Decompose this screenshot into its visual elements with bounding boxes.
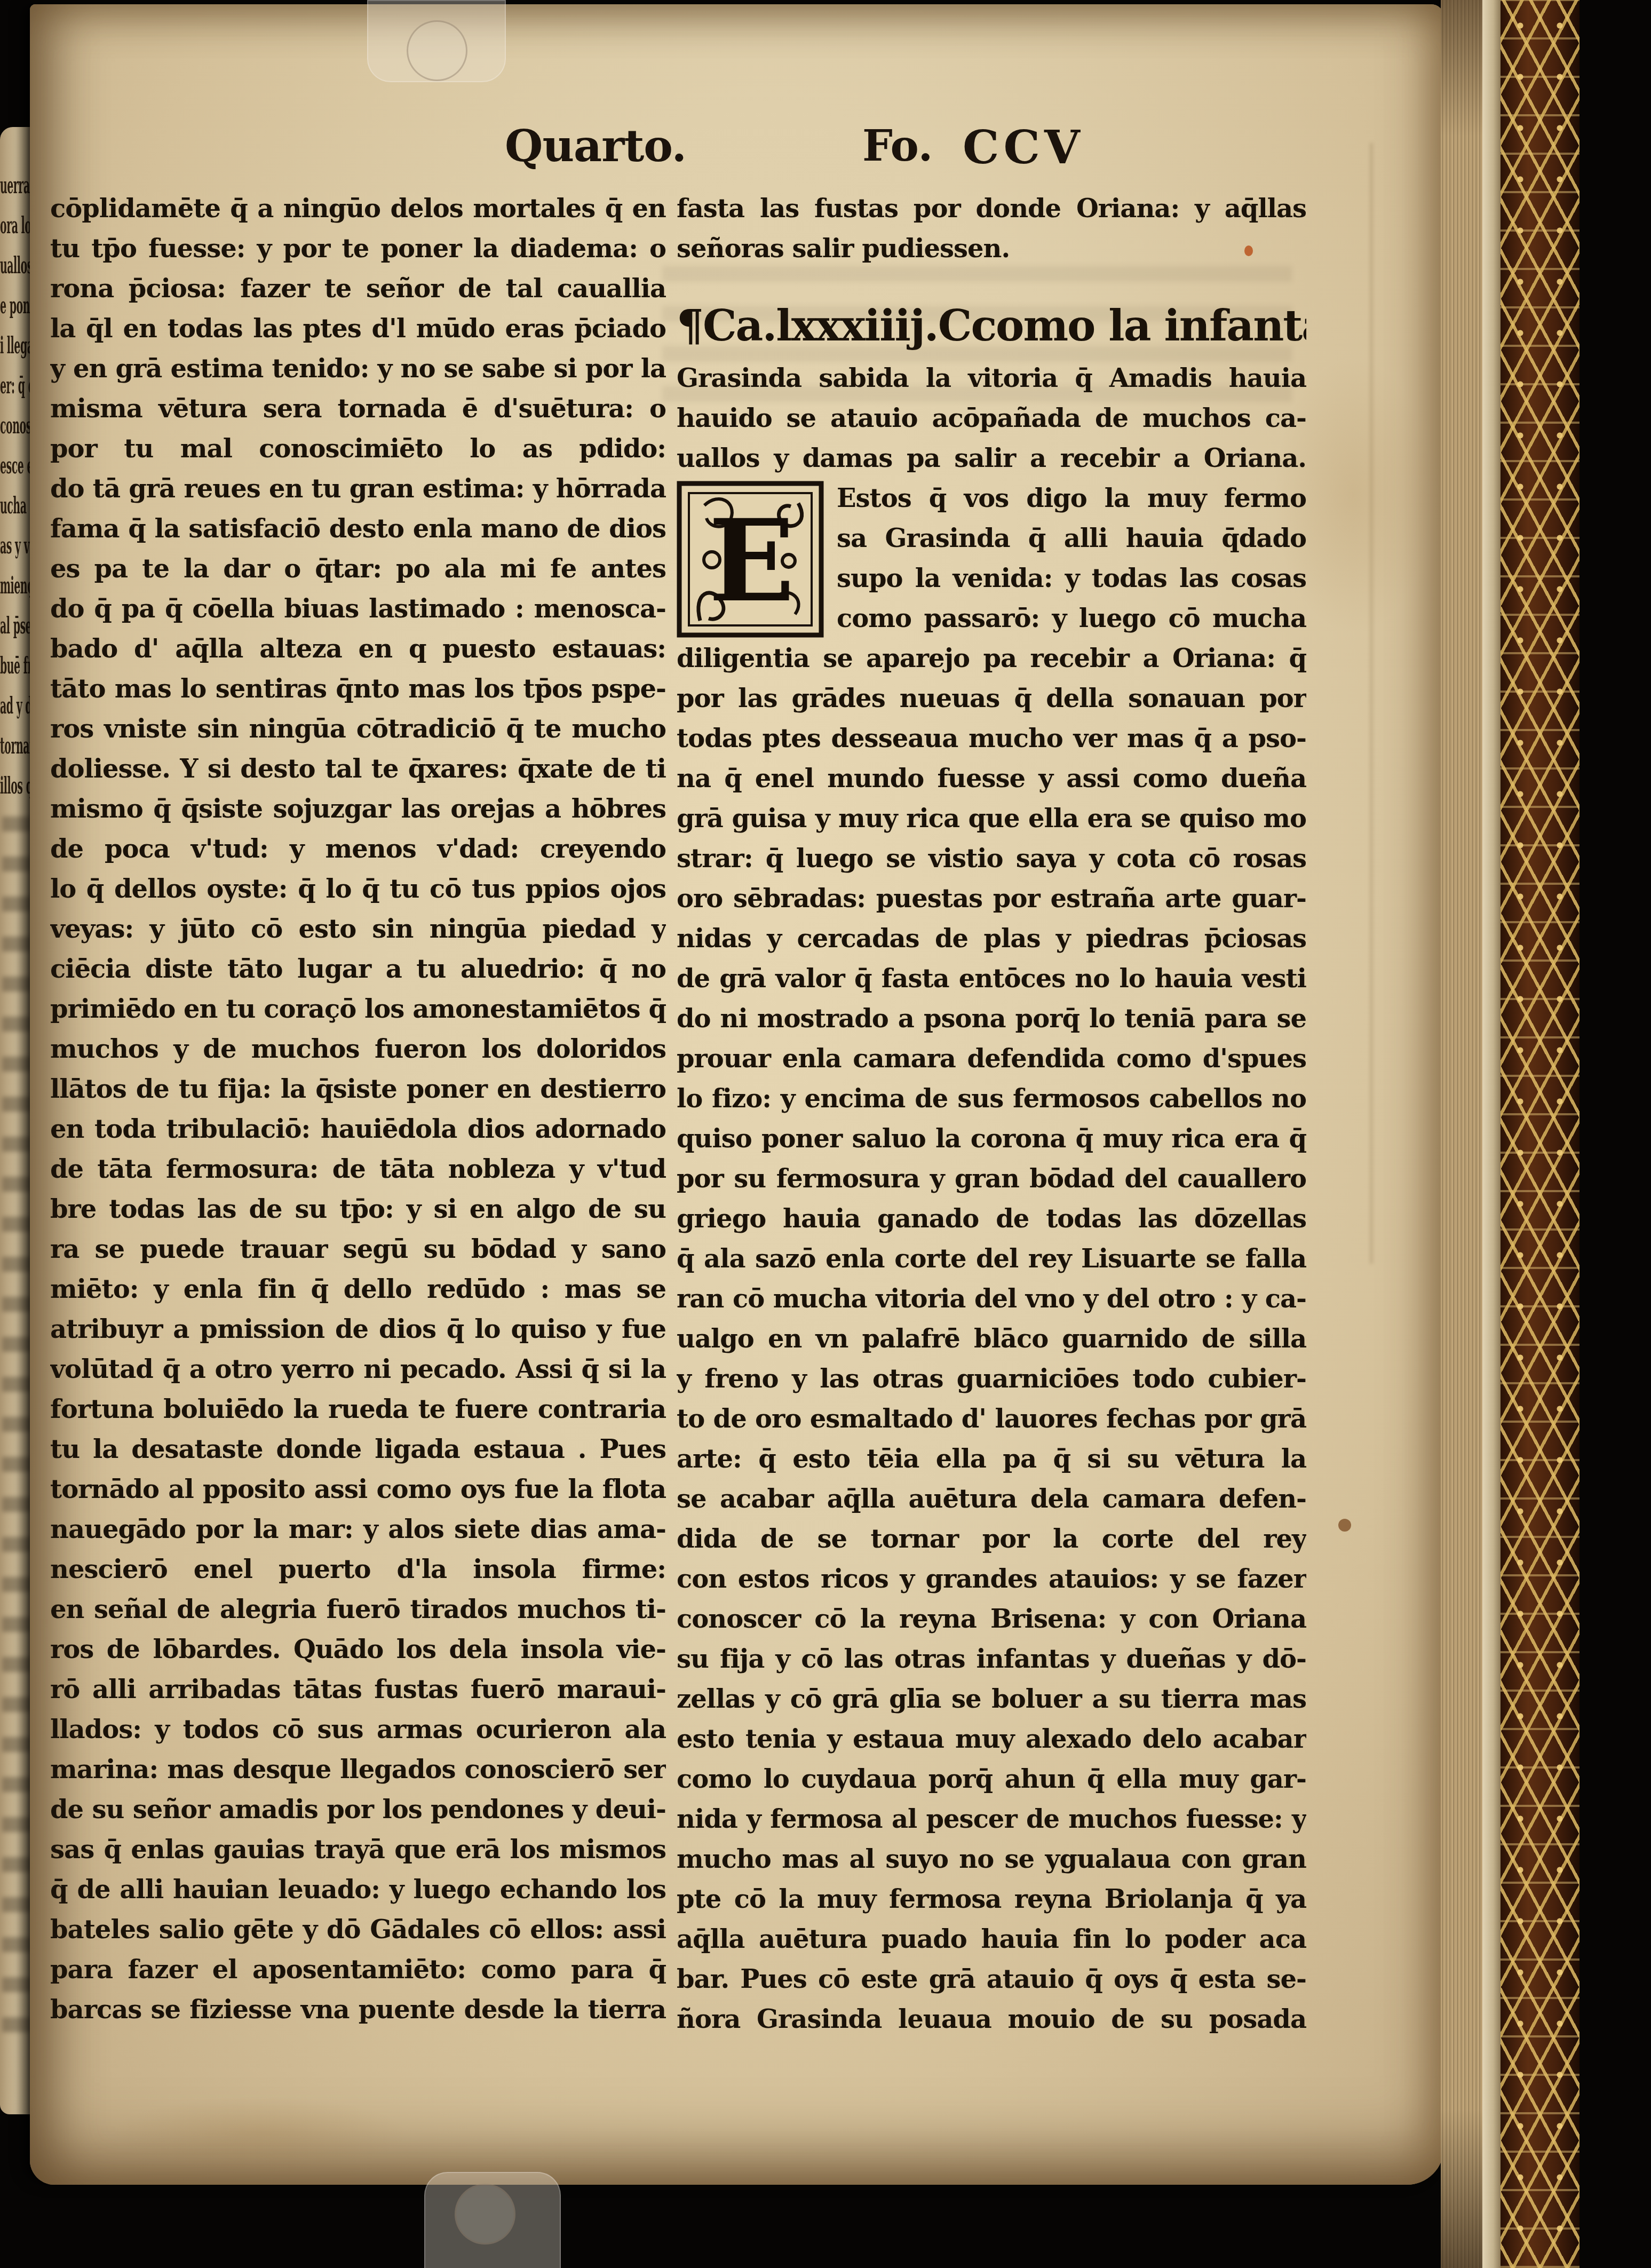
text-line: sas q̄ enlas gauias trayā que erā los mi…	[50, 1830, 666, 1870]
text-line: do ni mostrado a psona porq̄ lo teniā pa…	[677, 999, 1306, 1039]
text-line: misma vētura sera tornada ē d'suētura: o…	[50, 389, 666, 429]
text-line: rō alli arribadas tātas fustas fuerō mar…	[50, 1670, 666, 1710]
text-line: la q̄l en todas las ptes d'l mūdo eras p…	[50, 309, 666, 349]
text-line: es pa te la dar o q̄tar: po ala mi fe an…	[50, 549, 666, 589]
facing-page-text-texture	[2, 816, 31, 2044]
text-line: arte: q̄ esto tēia ella pa q̄ si su vētu…	[677, 1439, 1306, 1479]
paper-crease	[1370, 143, 1372, 1264]
text-line: zellas y cō grā glīa se boluer a su tier…	[677, 1679, 1306, 1719]
text-line: q̄ ala sazō enla corte del rey Lisuarte …	[677, 1239, 1306, 1279]
facing-page-text-fragment: esce en tā	[0, 446, 16, 486]
pilcrow-mark: ¶	[677, 300, 703, 351]
facing-page-text-fragment: ad y desta	[0, 686, 16, 726]
facing-page-text-fragment: uallos q̄ d	[0, 245, 16, 286]
folio-label: Fo.	[862, 121, 933, 171]
facing-page-text-fragment: uerra/q̄ a	[0, 165, 16, 205]
running-header: Quarto. Fo. CCV	[30, 121, 1444, 185]
text-line: mucho mas al suyo no se ygualaua con gra…	[677, 1839, 1306, 1880]
text-line: como passarō: y luego cō mucha	[837, 599, 1306, 639]
text-line: fama q̄ la satisfaciō desto enla mano de…	[50, 509, 666, 549]
text-line: Estos q̄ vos digo la muy fermo	[837, 479, 1306, 519]
text-line: por tu mal conoscimiēto lo as pdido: rec…	[50, 429, 666, 469]
text-line: diligentia se aparejo pa recebir a Orian…	[677, 639, 1306, 679]
text-line: atribuyr a pmission de dios q̄ lo quiso …	[50, 1310, 666, 1350]
text-line: lo q̄ dellos oyste: q̄ lo q̄ tu cō tus p…	[50, 869, 666, 909]
text-line: do q̄ pa q̄ cōella biuas lastimado : men…	[50, 589, 666, 629]
right-column-body-lines: diligentia se aparejo pa recebir a Orian…	[677, 639, 1306, 2040]
facing-page-text-fragment: tornarō d'	[0, 726, 16, 766]
text-line: bre todas las de su tp̄o: y si en algo d…	[50, 1189, 666, 1230]
left-column-lines: cōplidamēte q̄ a ningūo delos mortales q…	[50, 189, 666, 2030]
woodcut-initial: E	[677, 481, 824, 638]
text-line: nauegādo por la mar: y alos siete dias a…	[50, 1510, 666, 1550]
text-line: hauido se atauio acōpañada de muchos ca-	[677, 399, 1306, 439]
text-line: conoscer cō la reyna Brisena: y con Oria…	[677, 1599, 1306, 1639]
book-page: Quarto. Fo. CCV cōplidamēte q̄ a ningūo …	[30, 4, 1444, 2185]
text-line: por su fermosura y gran bōdad del cauall…	[677, 1159, 1306, 1199]
text-line: ra se puede trauar segū su bōdad y sano …	[50, 1230, 666, 1270]
page-holder-bottom-disc	[455, 2184, 515, 2245]
text-line: con estos ricos y grandes atauios: y se …	[677, 1559, 1306, 1599]
facing-page-text-fragment: al p̄sente pa	[0, 606, 16, 646]
text-line: de poca v'tud: y menos v'dad: creyendo a…	[50, 829, 666, 869]
text-line: de su señor amadis por los pendones y de…	[50, 1790, 666, 1830]
text-line: ros vniste sin ningūa cōtradiciō q̄ te m…	[50, 709, 666, 749]
text-line: volūtad q̄ a otro yerro ni pecado. Assi …	[50, 1350, 666, 1390]
facing-page-text-fragment: buē fruto	[0, 646, 16, 686]
facing-page-text-fragment: ora lo pu	[0, 205, 16, 245]
text-line: llados: y todos cō sus armas ocurieron a…	[50, 1710, 666, 1750]
text-line: bateles salio gēte y dō Gādales cō ellos…	[50, 1910, 666, 1950]
text-line: rona p̄ciosa: fazer te señor de tal caua…	[50, 269, 666, 309]
folio-number: CCV	[963, 121, 1084, 175]
text-line: griego hauia ganado de todas las dōzella…	[677, 1199, 1306, 1239]
text-line: miēto: y enla fin q̄ dello redūdo : mas …	[50, 1270, 666, 1310]
text-line: do tā grā reues en tu gran estima: y hōr…	[50, 469, 666, 509]
paragraph-gap	[677, 269, 1306, 296]
text-line: se acabar aq̄lla auētura dela camara def…	[677, 1479, 1306, 1519]
text-line: uallos y damas pa salir a recebir a Oria…	[677, 439, 1306, 479]
facing-page-text-fragment: ucha hō	[0, 486, 16, 526]
gilt-tooled-binding-edge	[1501, 0, 1579, 2268]
text-line: tu tp̄o fuesse: y por te poner la diadem…	[50, 229, 666, 269]
text-line: fortuna boluiēdo la rueda te fuere contr…	[50, 1390, 666, 1430]
paper-stain-dot	[1338, 1519, 1351, 1532]
text-line: nescierō enel puerto d'la insola firme: …	[50, 1550, 666, 1590]
text-line: muchos y de muchos fueron los doloridos	[50, 1029, 666, 1069]
text-line: supo la venida: y todas las cosas	[837, 559, 1306, 599]
text-line: en señal de alegria fuerō tirados muchos…	[50, 1590, 666, 1630]
text-line: doliesse. Y si desto tal te q̄xares: q̄x…	[50, 749, 666, 789]
text-line: ñora Grasinda leuaua mouio de su posada	[677, 2000, 1306, 2040]
text-line: y en grā estima tenido: y no se sabe si …	[50, 349, 666, 389]
text-line: y freno y las otras guarniciōes todo cub…	[677, 1359, 1306, 1399]
text-line: ros de lōbardes. Quādo los dela insola v…	[50, 1630, 666, 1670]
paragraph-end-line: señoras salir pudiessen.	[677, 229, 1306, 269]
page-holder-top-disc	[407, 20, 467, 81]
facing-page-text-fragment: as y verdad	[0, 526, 16, 566]
text-line: tornādo al pposito assi como oys fue la …	[50, 1470, 666, 1510]
text-line: na q̄ enel mundo fuesse y assi como dueñ…	[677, 759, 1306, 799]
text-line: de tāta fermosura: de tāta nobleza y v't…	[50, 1149, 666, 1189]
text-line: ran cō mucha vitoria del vno y del otro …	[677, 1279, 1306, 1319]
text-line: strar: q̄ luego se vistio saya y cota cō…	[677, 839, 1306, 879]
drop-cap-section: E Estos q̄ vos digo la muy fermosa Grasi…	[677, 479, 1306, 639]
text-line: bado d' aq̄lla alteza en q puesto estaua…	[50, 629, 666, 669]
text-line: primiēdo en tu coraçō los amonestamiētos…	[50, 989, 666, 1029]
facing-page-text-fragment: e poner	[0, 286, 16, 326]
text-line: todas ptes desseaua mucho ver mas q̄ a p…	[677, 719, 1306, 759]
text-line: grā guisa y muy rica que ella era se qui…	[677, 799, 1306, 839]
text-line: nida y fermosa al pescer de muchos fuess…	[677, 1799, 1306, 1839]
facing-page-text-fragment: illos que la	[0, 766, 16, 806]
text-line: fasta las fustas por donde Oriana: y aq̄…	[677, 189, 1306, 229]
text-line: para fazer el aposentamiēto: como para q…	[50, 1950, 666, 1990]
text-line: mismo q̄ q̄siste sojuzgar las orejas a h…	[50, 789, 666, 829]
text-line: como lo cuydaua porq̄ ahun q̄ ella muy g…	[677, 1759, 1306, 1799]
text-line: lo fizo: y encima de sus fermosos cabell…	[677, 1079, 1306, 1119]
text-line: cōplidamēte q̄ a ningūo delos mortales q…	[50, 189, 666, 229]
page-block-fore-edge	[1441, 0, 1482, 2268]
initial-letter: E	[709, 494, 795, 627]
text-line: marina: mas desque llegados conoscierō s…	[50, 1750, 666, 1790]
text-line: nidas y cercadas de plas y piedras p̄cio…	[677, 919, 1306, 959]
text-line: barcas se fiziesse vna puente desde la t…	[50, 1990, 666, 2030]
paper-foxing	[110, 2096, 409, 2171]
right-text-column: fasta las fustas por donde Oriana: y aq̄…	[677, 189, 1306, 2040]
text-line: en toda tribulaciō: hauiēdola dios adorn…	[50, 1109, 666, 1149]
text-line: tāto mas lo sentiras q̄nto mas los tp̄os…	[50, 669, 666, 709]
section-title: Quarto.	[505, 121, 686, 172]
text-line: bar. Pues cō este grā atauio q̄ oys q̄ e…	[677, 1960, 1306, 2000]
text-line: prouar enla camara defendida como d'spue…	[677, 1039, 1306, 1079]
text-line: quiso poner saluo la corona q̄ muy rica …	[677, 1119, 1306, 1159]
text-line: aq̄lla auētura puado hauia fin lo poder …	[677, 1920, 1306, 1960]
facing-page-text-fragment: er: q̄ esp	[0, 366, 16, 406]
chapter-heading: ¶Ca.lxxxiiij.Ccomo la infanta	[677, 296, 1306, 359]
text-line: to de oro esmaltado d' lauores fechas po…	[677, 1399, 1306, 1439]
text-line: sa Grasinda q̄ alli hauia q̄dado	[837, 519, 1306, 559]
text-line: veyas: y jūto cō esto sin ningūa piedad …	[50, 909, 666, 949]
chapter-intro-lines: Grasinda sabida la vitoria q̄ Amadis hau…	[677, 359, 1306, 479]
left-text-column: cōplidamēte q̄ a ningūo delos mortales q…	[50, 189, 666, 2030]
text-line: pte cō la muy fermosa reyna Briolanja q̄…	[677, 1880, 1306, 1920]
book-photo: uerra/q̄ aora lo puuallos q̄ de poneri l…	[0, 0, 1651, 2268]
facing-page-text-fragment: conosce	[0, 406, 16, 446]
text-line: su fija y cō las otras infantas y dueñas…	[677, 1639, 1306, 1679]
text-line: de grā valor q̄ fasta entōces no lo haui…	[677, 959, 1306, 999]
text-line: esto tenia y estaua muy alexado delo aca…	[677, 1719, 1306, 1759]
text-line: dida de se tornar por la corte del rey L…	[677, 1519, 1306, 1559]
text-line: Grasinda sabida la vitoria q̄ Amadis hau…	[677, 359, 1306, 399]
facing-page-text-fragment: mienço se	[0, 566, 16, 606]
text-line: llātos de tu fija: la q̄siste poner en d…	[50, 1069, 666, 1109]
text-line: ualgo en vn palafrē blāco guarnido de si…	[677, 1319, 1306, 1359]
flyleaf-edge	[1482, 0, 1501, 2268]
text-line: oro sēbradas: puestas por estraña arte g…	[677, 879, 1306, 919]
chapter-heading-text: Ca.lxxxiiij.Ccomo la infanta	[703, 300, 1306, 351]
text-line: tu la desataste donde ligada estaua . Pu…	[50, 1430, 666, 1470]
text-line: q̄ de alli hauian leuado: y luego echand…	[50, 1870, 666, 1910]
text-line: ciēcia diste tāto lugar a tu aluedrio: q…	[50, 949, 666, 989]
text-line: por las grādes nueuas q̄ della sonauan p…	[677, 679, 1306, 719]
facing-page-text-fragment: i llegado	[0, 326, 16, 366]
